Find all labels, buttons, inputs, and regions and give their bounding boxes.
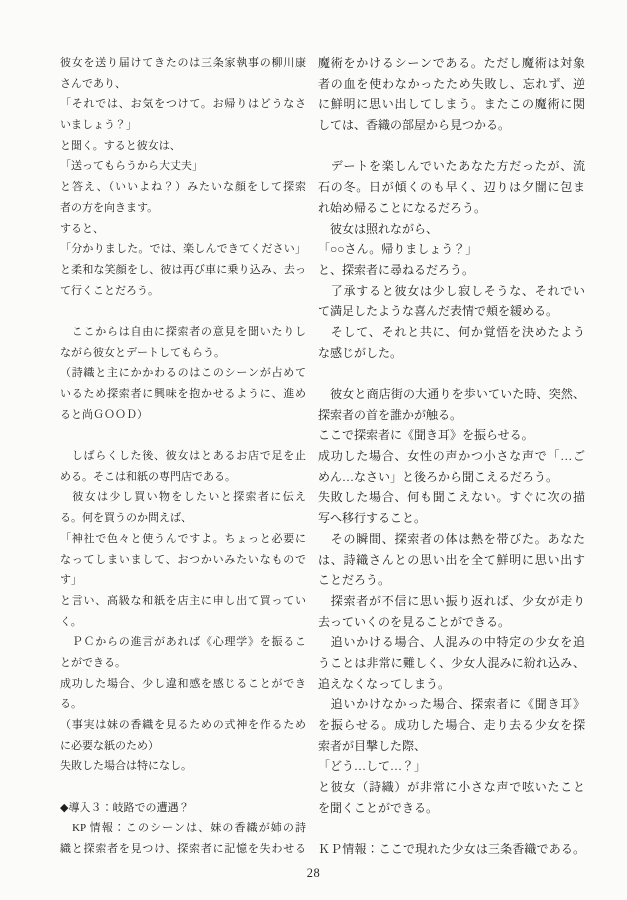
text-line: る。 [60, 694, 306, 715]
text-line: て満足したような喜んだ表情で頬を緩める。 [318, 301, 585, 322]
text-line: そして、それと共に、何か覚悟を決めたよう [318, 322, 585, 343]
text-line: と彼女（詩織）が非常に小さな声で呟いたこと [318, 777, 585, 798]
text-line: 成功した場合、女性の声かつ小さな声で「…ご [318, 446, 585, 467]
page-footer: 28 [0, 866, 627, 881]
text-line: 彼女は少し買い物をしたいと探索者に伝え [60, 487, 306, 508]
text-column-right: 魔術をかけるシーンである。ただし魔術は対象者の血を使わなかったため失敗し、忘れず… [318, 53, 585, 860]
text-line: 追いかける場合、人混みの中特定の少女を追 [318, 632, 585, 653]
text-line: す」 [60, 570, 306, 591]
text-line: ながら彼女とデートしてもらう。 [60, 343, 306, 364]
text-line: 魔術をかけるシーンである。ただし魔術は対象 [318, 53, 585, 74]
text-line: 失敗した場合、何も聞こえない。すぐに次の描 [318, 487, 585, 508]
text-line: 石の冬。日が傾くのも早く、辺りは夕闇に包ま [318, 177, 585, 198]
text-line: に鮮明に思い出してしまう。またこの魔術に関 [318, 94, 585, 115]
text-line: とができる。 [60, 653, 306, 674]
text-column-left: 彼女を送り届けてきたのは三条家執事の柳川康さんであり、「それでは、お気をつけて。… [60, 53, 306, 860]
blank-line [60, 301, 306, 322]
text-line: と答え、（いいよね？）みたいな顔をして探索 [60, 177, 306, 198]
text-line: 失敗した場合は特になし。 [60, 756, 306, 777]
text-line: 「送ってもらうから大丈夫」 [60, 156, 306, 177]
text-line: 「それでは、お気をつけて。お帰りはどうなさ [60, 94, 306, 115]
blank-line [318, 818, 585, 839]
text-line: いるため探索者に興味を抱かせるように、進め [60, 384, 306, 405]
text-line: 「どう…して…？」 [318, 756, 585, 777]
text-line: （詩織と主にかかわるのはこのシーンが占めて [60, 363, 306, 384]
text-line: と、探索者に尋ねるだろう。 [318, 260, 585, 281]
text-line: （事実は妹の香織を見るための式神を作るため [60, 715, 306, 736]
text-line: ると尚ＧＯＯＤ） [60, 405, 306, 426]
text-line: 追いかけなかった場合、探索者に《聞き耳》 [318, 694, 585, 715]
text-line: 彼女と商店街の大通りを歩いていた時、突然、 [318, 384, 585, 405]
text-line: その瞬間、探索者の体は熱を帯びた。あなた [318, 529, 585, 550]
text-line: 写へ移行すること。 [318, 508, 585, 529]
text-line: て行くことだろう。 [60, 281, 306, 302]
text-line: めん…なさい」と後ろから聞こえるだろう。 [318, 467, 585, 488]
text-line: 織と探索者を見つけ、探索者に記憶を失わせる [60, 839, 306, 860]
text-line: ことだろう。 [318, 570, 585, 591]
text-line: に必要な紙のため） [60, 736, 306, 757]
text-line: ここからは自由に探索者の意見を聞いたりし [60, 322, 306, 343]
text-line: 彼女を送り届けてきたのは三条家執事の柳川康 [60, 53, 306, 74]
text-line: を聞くことができる。 [318, 798, 585, 819]
text-line: しては、香織の部屋から見つかる。 [318, 115, 585, 136]
text-line: ◆導入３：岐路での遭遇？ [60, 798, 306, 819]
text-line: 了承すると彼女は少し寂しそうな、それでい [318, 281, 585, 302]
text-line: 探索者が不信に思い振り返れば、少女が走り [318, 591, 585, 612]
text-line: る。何を買うのか問えば、 [60, 508, 306, 529]
text-line: 「神社で色々と使うんですよ。ちょっと必要に [60, 529, 306, 550]
text-line: 「○○さん。帰りましょう？」 [318, 239, 585, 260]
text-line: 者の方を向きます。 [60, 198, 306, 219]
text-line: 追えなくなってしまう。 [318, 674, 585, 695]
text-line: うことは非常に難しく、少女人混みに紛れ込み、 [318, 653, 585, 674]
text-line: 「分かりました。では、楽しんできてください」 [60, 239, 306, 260]
text-line: しばらくした後、彼女はとあるお店で足を止 [60, 446, 306, 467]
text-line: ＫＰ情報：ここで現れた少女は三条香織である。 [318, 839, 585, 860]
text-line: と言い、高級な和紙を店主に申し出て買ってい [60, 591, 306, 612]
text-line: な感じがした。 [318, 343, 585, 364]
text-line: さんであり、 [60, 74, 306, 95]
page-number: 28 [307, 866, 321, 880]
scanned-page: 彼女を送り届けてきたのは三条家執事の柳川康さんであり、「それでは、お気をつけて。… [0, 0, 627, 900]
text-line: く。 [60, 612, 306, 633]
text-line: と聞く。すると彼女は、 [60, 136, 306, 157]
text-line: ＰＣからの進言があれば《心理学》を振るこ [60, 632, 306, 653]
text-line: KP 情報：このシーンは、妹の香織が姉の詩 [60, 818, 306, 839]
text-line: ここで探索者に《聞き耳》を振らせる。 [318, 425, 585, 446]
text-line: いましょう？」 [60, 115, 306, 136]
text-line: は、詩織さんとの思い出を全て鮮明に思い出す [318, 550, 585, 571]
text-line: 彼女は照れながら、 [318, 219, 585, 240]
text-line: と柔和な笑顔をし、彼は再び車に乗り込み、去っ [60, 260, 306, 281]
blank-line [318, 363, 585, 384]
text-line: 者の血を使わなかったため失敗し、忘れず、逆 [318, 74, 585, 95]
text-line: を振らせる。成功した場合、走り去る少女を探 [318, 715, 585, 736]
text-line: 去っていくのを見ることができる。 [318, 612, 585, 633]
text-line: なってしまいまして、おつかいみたいなもので [60, 550, 306, 571]
blank-line [60, 425, 306, 446]
text-line: 索者が目撃した際、 [318, 736, 585, 757]
text-line: 成功した場合、少し違和感を感じることができ [60, 674, 306, 695]
text-line: れ始め帰ることになるだろう。 [318, 198, 585, 219]
blank-line [318, 136, 585, 157]
text-line: すると、 [60, 219, 306, 240]
text-line: デートを楽しんでいたあなた方だったが、流 [318, 156, 585, 177]
text-line: める。そこは和紙の専門店である。 [60, 467, 306, 488]
blank-line [60, 777, 306, 798]
text-line: 探索者の首を誰かが触る。 [318, 405, 585, 426]
